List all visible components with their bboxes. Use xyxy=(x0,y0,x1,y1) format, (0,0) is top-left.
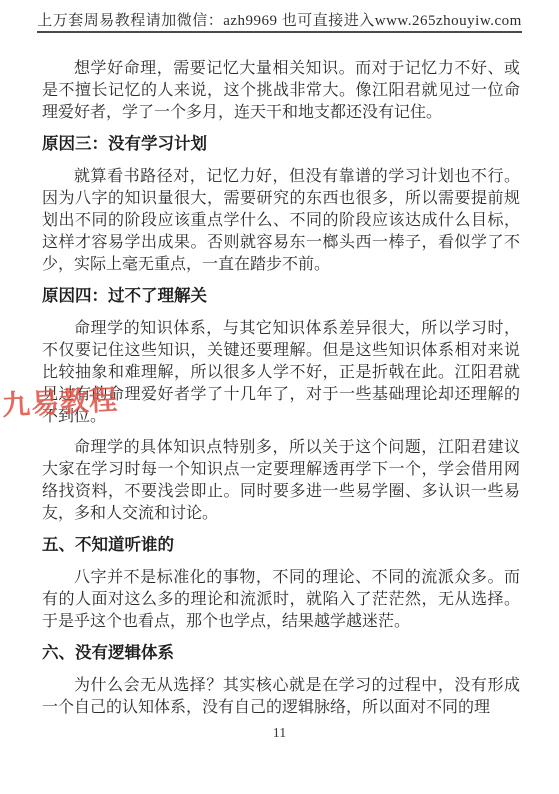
section-heading-reason-4: 原因四：过不了理解关 xyxy=(42,285,520,307)
document-body: 想学好命理，需要记忆大量相关知识。而对于记忆力不好、或是不擅长记忆的人来说，这个… xyxy=(0,33,559,719)
page-header: 上万套周易教程请加微信：azh9969 也可直接进入www.265zhouyiw… xyxy=(0,0,559,33)
section-heading-6: 六、没有逻辑体系 xyxy=(42,642,520,664)
section-heading-5: 五、不知道听谁的 xyxy=(42,534,520,556)
paragraph: 命理学的知识体系，与其它知识体系差异很大，所以学习时，不仅要记住这些知识，关键还… xyxy=(42,318,520,428)
page-number: 11 xyxy=(0,726,559,742)
header-promo-text: 上万套周易教程请加微信：azh9969 也可直接进入www.265zhouyiw… xyxy=(37,9,522,33)
paragraph: 命理学的具体知识点特别多，所以关于这个问题，江阳君建议大家在学习时每一个知识点一… xyxy=(42,437,520,525)
paragraph: 想学好命理，需要记忆大量相关知识。而对于记忆力不好、或是不擅长记忆的人来说，这个… xyxy=(42,58,520,124)
paragraph: 为什么会无从选择？其实核心就是在学习的过程中，没有形成一个自己的认知体系，没有自… xyxy=(42,675,520,719)
document-page: 上万套周易教程请加微信：azh9969 也可直接进入www.265zhouyiw… xyxy=(0,0,559,794)
paragraph: 八字并不是标准化的事物，不同的理论、不同的流派众多。而有的人面对这么多的理论和流… xyxy=(42,567,520,633)
paragraph: 就算看书路径对，记忆力好，但没有靠谱的学习计划也不行。因为八字的知识量很大，需要… xyxy=(42,166,520,276)
section-heading-reason-3: 原因三：没有学习计划 xyxy=(42,133,520,155)
